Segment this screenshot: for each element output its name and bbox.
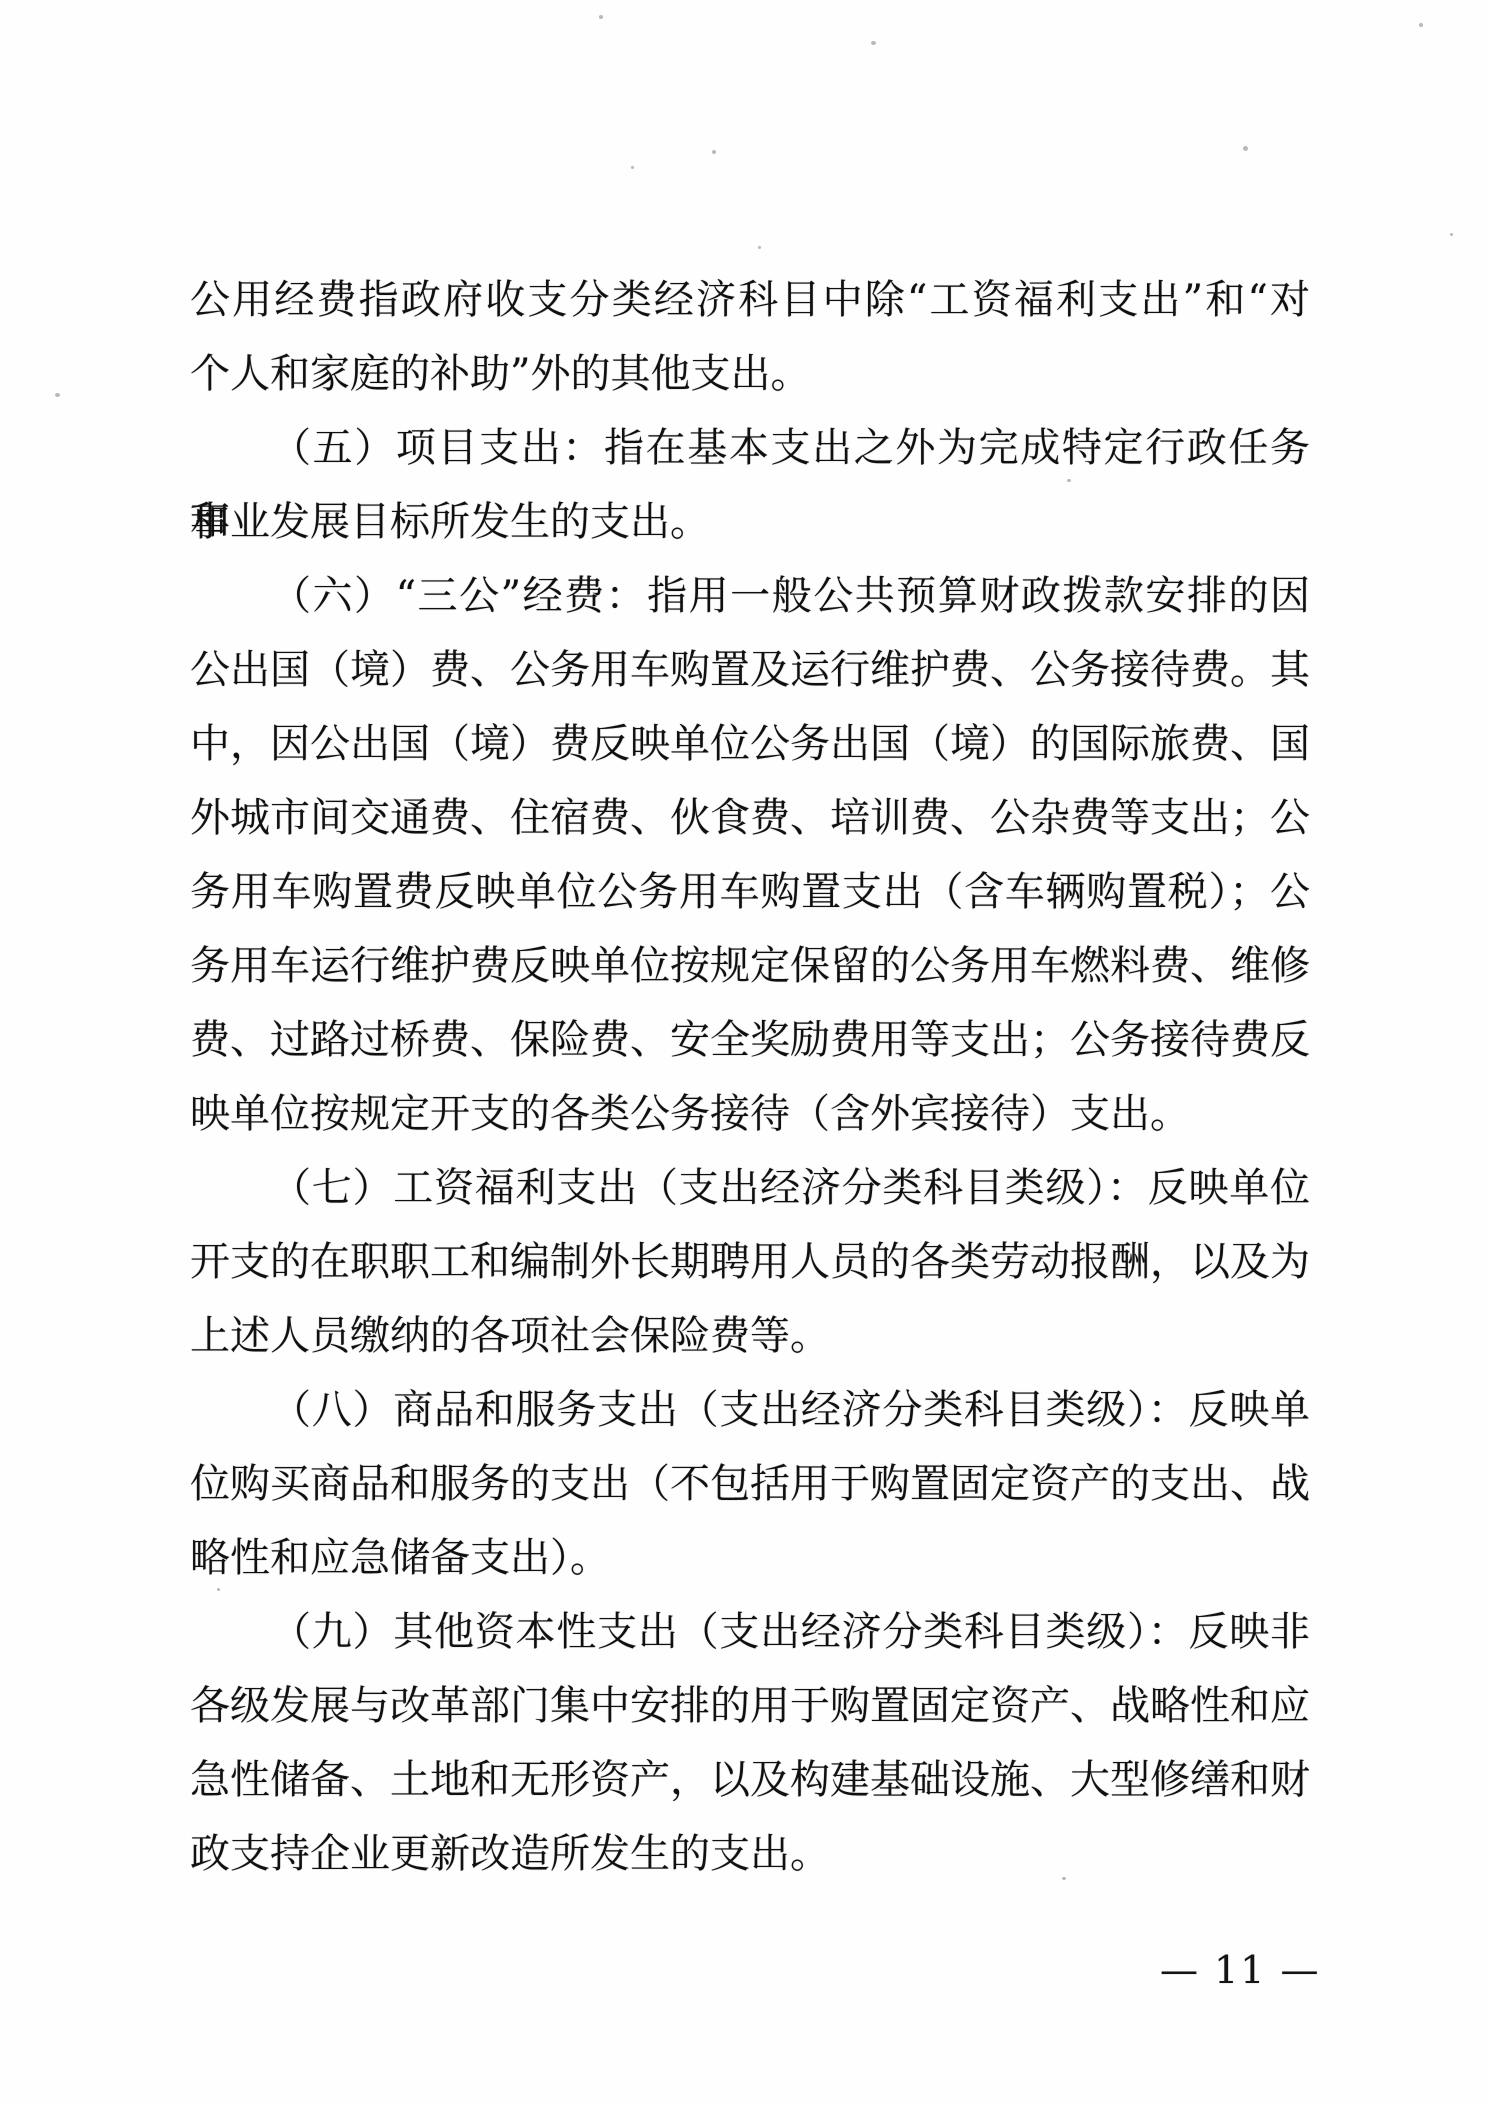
scan-speck xyxy=(1450,233,1453,236)
scan-speck xyxy=(758,246,761,249)
text-line: 位购买商品和服务的支出（不包括用于购置固定资产的支出、战 xyxy=(190,1447,1310,1521)
scan-speck xyxy=(55,393,60,397)
scan-speck xyxy=(1419,23,1423,27)
scan-speck xyxy=(1067,479,1071,482)
scan-speck xyxy=(217,1588,220,1591)
text-line: 务用车运行维护费反映单位按规定保留的公务用车燃料费、维修 xyxy=(190,929,1310,1003)
text-line: （五）项目支出：指在基本支出之外为完成特定行政任务和 xyxy=(190,411,1310,485)
text-line: （六）“三公”经费：指用一般公共预算财政拨款安排的因 xyxy=(190,559,1310,633)
text-line: 中，因公出国（境）费反映单位公务出国（境）的国际旅费、国 xyxy=(190,707,1310,781)
text-line: 政支持企业更新改造所发生的支出。 xyxy=(190,1817,1310,1891)
text-line: （八）商品和服务支出（支出经济分类科目类级）：反映单 xyxy=(190,1373,1310,1447)
text-line: 公用经费指政府收支分类经济科目中除“工资福利支出”和“对 xyxy=(190,263,1310,337)
scan-speck xyxy=(1062,1877,1066,1880)
scanned-document-page: 公用经费指政府收支分类经济科目中除“工资福利支出”和“对 个人和家庭的补助”外的… xyxy=(0,0,1489,2106)
text-line: 务用车购置费反映单位公务用车购置支出（含车辆购置税）；公 xyxy=(190,855,1310,929)
text-line: 急性储备、土地和无形资产，以及构建基础设施、大型修缮和财 xyxy=(190,1743,1310,1817)
text-line: （九）其他资本性支出（支出经济分类科目类级）：反映非 xyxy=(190,1595,1310,1669)
page-number: — 11 — xyxy=(1160,1948,1360,1992)
scan-speck xyxy=(1243,146,1248,151)
scan-speck xyxy=(712,150,716,154)
text-line: 费、过路过桥费、保险费、安全奖励费用等支出；公务接待费反 xyxy=(190,1003,1310,1077)
scan-speck xyxy=(631,166,634,169)
text-line: （七）工资福利支出（支出经济分类科目类级）：反映单位 xyxy=(190,1151,1310,1225)
text-line: 公出国（境）费、公务用车购置及运行维护费、公务接待费。其 xyxy=(190,633,1310,707)
document-body-text: 公用经费指政府收支分类经济科目中除“工资福利支出”和“对 个人和家庭的补助”外的… xyxy=(190,263,1310,1891)
text-line: 开支的在职职工和编制外长期聘用人员的各类劳动报酬，以及为 xyxy=(190,1225,1310,1299)
scan-speck xyxy=(599,15,603,19)
text-line: 映单位按规定开支的各类公务接待（含外宾接待）支出。 xyxy=(190,1077,1310,1151)
text-line: 各级发展与改革部门集中安排的用于购置固定资产、战略性和应 xyxy=(190,1669,1310,1743)
text-line: 上述人员缴纳的各项社会保险费等。 xyxy=(190,1299,1310,1373)
text-line: 个人和家庭的补助”外的其他支出。 xyxy=(190,337,1310,411)
text-line: 事业发展目标所发生的支出。 xyxy=(190,485,1310,559)
text-line: 略性和应急储备支出）。 xyxy=(190,1521,1310,1595)
text-line: 外城市间交通费、住宿费、伙食费、培训费、公杂费等支出；公 xyxy=(190,781,1310,855)
scan-speck xyxy=(871,41,876,45)
